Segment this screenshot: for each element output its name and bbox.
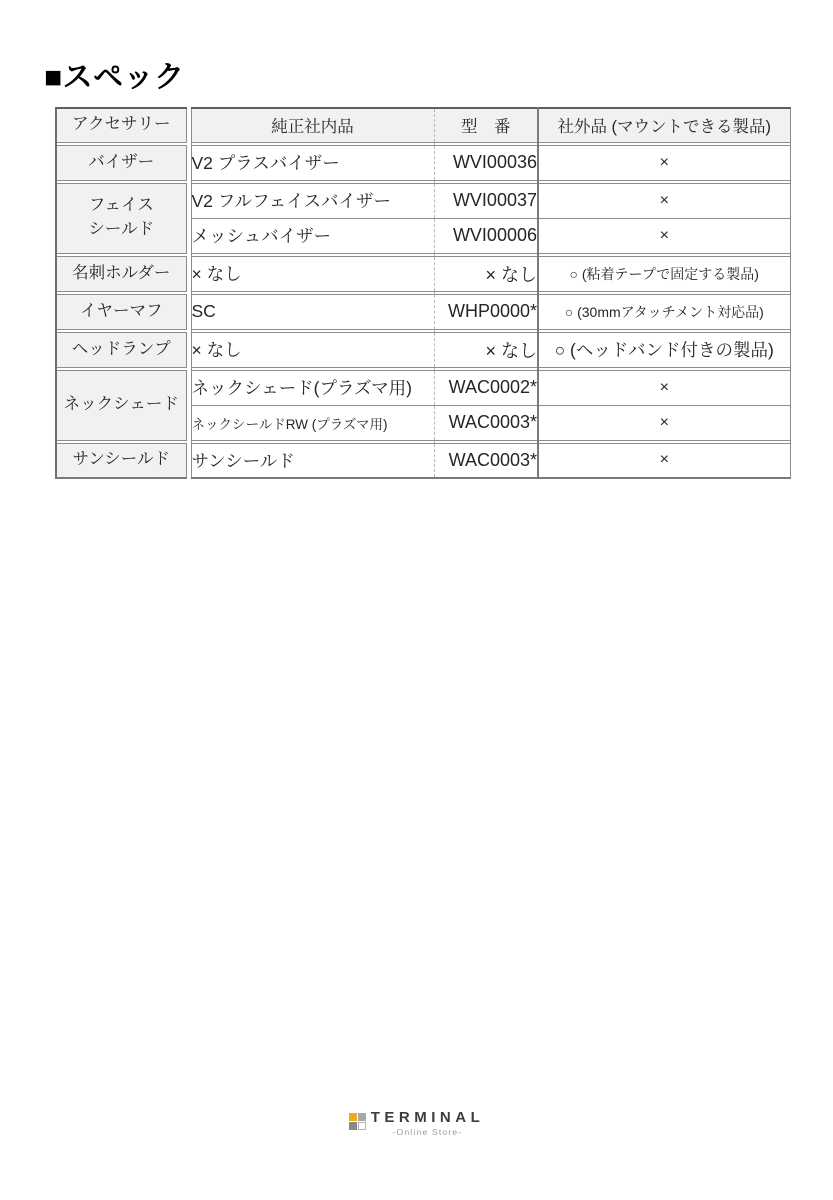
brand-tagline: -Online Store-: [393, 1128, 463, 1137]
cell-product: ネックシールドRW (プラズマ用): [191, 405, 434, 440]
cell-model: WHP0000*: [434, 294, 538, 329]
table-row: ネックシェード ネックシェード(プラズマ用) WAC0002* ×: [56, 370, 790, 405]
cell-accessory: バイザー: [56, 145, 186, 180]
page-title: ■スペック: [44, 52, 185, 96]
cell-product: サンシールド: [191, 443, 434, 478]
table-row: フェイス シールド V2 フルフェイスバイザー WVI00037 ×: [56, 183, 790, 218]
cell-accessory: 名刺ホルダー: [56, 256, 186, 291]
cell-aftermarket: ×: [538, 443, 790, 478]
cell-model: WAC0003*: [434, 405, 538, 440]
cell-product: ネックシェード(プラズマ用): [191, 370, 434, 405]
logo-square-gray-light: [358, 1113, 366, 1121]
col-header-product: 純正社内品: [191, 108, 434, 142]
cell-product: × なし: [191, 332, 434, 367]
cell-product: メッシュバイザー: [191, 218, 434, 253]
header-row: アクセサリー 純正社内品 型 番 社外品 (マウントできる製品): [56, 108, 790, 142]
logo-grid-icon: [349, 1113, 366, 1130]
spec-table: アクセサリー 純正社内品 型 番 社外品 (マウントできる製品) バイザー V2…: [55, 107, 791, 479]
cell-model: WAC0003*: [434, 443, 538, 478]
page-footer: TERMINAL -Online Store-: [0, 1110, 833, 1137]
cell-product: V2 フルフェイスバイザー: [191, 183, 434, 218]
table-row: ヘッドランプ × なし × なし ○ (ヘッドバンド付きの製品): [56, 332, 790, 367]
cell-accessory: ネックシェード: [56, 370, 186, 440]
table-row: サンシールド サンシールド WAC0003* ×: [56, 443, 790, 478]
cell-aftermarket: ○ (ヘッドバンド付きの製品): [538, 332, 790, 367]
cell-product: SC: [191, 294, 434, 329]
cell-product: × なし: [191, 256, 434, 291]
cell-model: WVI00006: [434, 218, 538, 253]
col-header-aftermarket: 社外品 (マウントできる製品): [538, 108, 790, 142]
cell-accessory: イヤーマフ: [56, 294, 186, 329]
cell-aftermarket: ×: [538, 218, 790, 253]
col-header-model: 型 番: [434, 108, 538, 142]
cell-model: × なし: [434, 332, 538, 367]
cell-model: WVI00037: [434, 183, 538, 218]
store-logo: TERMINAL -Online Store-: [349, 1110, 485, 1137]
cell-aftermarket: ×: [538, 370, 790, 405]
cell-accessory: ヘッドランプ: [56, 332, 186, 367]
cell-aftermarket: ○ (粘着テープで固定する製品): [538, 256, 790, 291]
cell-model: WVI00036: [434, 145, 538, 180]
col-header-accessory: アクセサリー: [56, 108, 186, 142]
cell-aftermarket: ×: [538, 405, 790, 440]
logo-square-orange: [349, 1113, 357, 1121]
cell-model: × なし: [434, 256, 538, 291]
cell-aftermarket: ○ (30mmアタッチメント対応品): [538, 294, 790, 329]
table-row: バイザー V2 プラスバイザー WVI00036 ×: [56, 145, 790, 180]
cell-accessory: サンシールド: [56, 443, 186, 478]
cell-accessory: フェイス シールド: [56, 183, 186, 253]
cell-model: WAC0002*: [434, 370, 538, 405]
brand-name: TERMINAL: [371, 1110, 485, 1127]
cell-aftermarket: ×: [538, 183, 790, 218]
logo-square-gray-dark: [349, 1122, 357, 1130]
logo-text: TERMINAL -Online Store-: [371, 1110, 485, 1137]
cell-product: V2 プラスバイザー: [191, 145, 434, 180]
logo-square-white: [358, 1122, 366, 1130]
table-row: イヤーマフ SC WHP0000* ○ (30mmアタッチメント対応品): [56, 294, 790, 329]
cell-aftermarket: ×: [538, 145, 790, 180]
table-row: 名刺ホルダー × なし × なし ○ (粘着テープで固定する製品): [56, 256, 790, 291]
